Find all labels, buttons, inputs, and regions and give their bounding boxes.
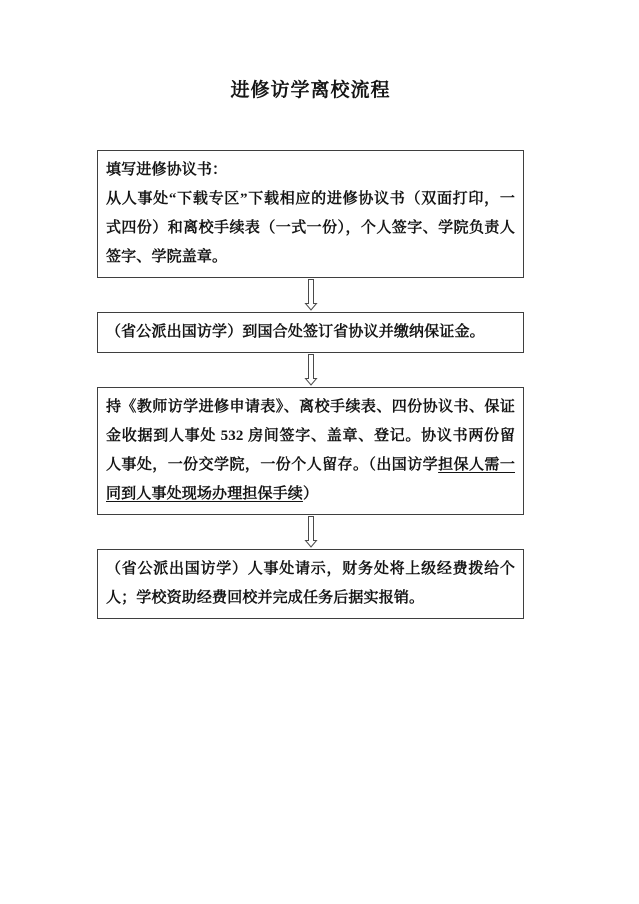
down-arrow-icon — [303, 279, 319, 311]
flow-connector-2 — [97, 353, 524, 387]
flow-connector-3 — [97, 515, 524, 549]
step-1-body: 从人事处“下载专区”下载相应的进修协议书（双面打印，一式四份）和离校手续表（一式… — [106, 185, 515, 272]
step-3-body: 持《教师访学进修申请表》、离校手续表、四份协议书、保证金收据到人事处 532 房… — [106, 393, 515, 509]
flow-step-4: （省公派出国访学）人事处请示，财务处将上级经费拨给个人；学校资助经费回校并完成任… — [97, 549, 524, 619]
step-4-body: （省公派出国访学）人事处请示，财务处将上级经费拨给个人；学校资助经费回校并完成任… — [106, 555, 515, 613]
step-2-body: （省公派出国访学）到国合处签订省协议并缴纳保证金。 — [106, 318, 515, 347]
flowchart: 填写进修协议书： 从人事处“下载专区”下载相应的进修协议书（双面打印，一式四份）… — [97, 150, 524, 619]
flow-connector-1 — [97, 278, 524, 312]
down-arrow-icon — [303, 354, 319, 386]
document-page: 进修访学离校流程 填写进修协议书： 从人事处“下载专区”下载相应的进修协议书（双… — [0, 0, 639, 904]
flow-step-3: 持《教师访学进修申请表》、离校手续表、四份协议书、保证金收据到人事处 532 房… — [97, 387, 524, 515]
down-arrow-icon — [303, 516, 319, 548]
flow-step-2: （省公派出国访学）到国合处签订省协议并缴纳保证金。 — [97, 312, 524, 353]
step-1-heading: 填写进修协议书： — [106, 156, 515, 185]
flow-step-1: 填写进修协议书： 从人事处“下载专区”下载相应的进修协议书（双面打印，一式四份）… — [97, 150, 524, 278]
step-3-body-end: ） — [303, 486, 318, 502]
page-title: 进修访学离校流程 — [0, 0, 621, 103]
